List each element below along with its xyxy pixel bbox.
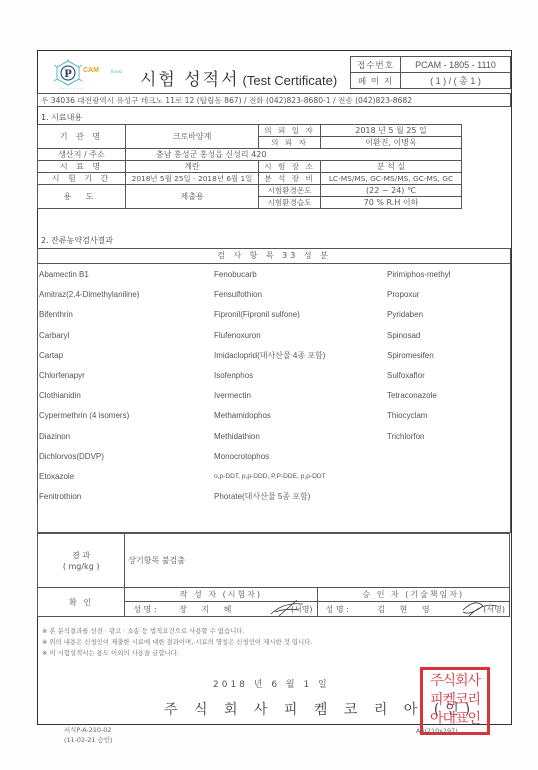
humidity-value: 70 % R.H 이하 — [321, 197, 462, 209]
pesticide-item: Pyridaben — [387, 307, 451, 327]
receipt-number-label: 접수번호 — [351, 57, 401, 73]
pesticide-item: Spinosad — [387, 328, 451, 348]
approver-name: 김 현 영 — [377, 605, 435, 614]
pesticide-item: Fenitrothion — [39, 489, 139, 509]
pesticide-item: Cypermethrin (4 isomers) — [39, 408, 139, 428]
pesticide-item: Phorate(대사산물 5종 포함) — [214, 489, 326, 509]
origin-value: 충남 홍성군 홍성읍 신성리 420 — [126, 149, 462, 161]
page-title: 시험 성적서(Test Certificate) — [140, 65, 337, 90]
requester-value: 이환진, 이병옥 — [321, 137, 462, 149]
note-3: ※ 이 시험성적서는 용도 이외의 사용을 금합니다. — [42, 648, 312, 659]
pesticide-item: Spiromesifen — [387, 348, 451, 368]
pesticide-item: Methamidophos — [214, 408, 326, 428]
pesticide-item: Trichlorfon — [387, 429, 451, 449]
receipt-number-value: PCAM - 1805 - 1110 — [401, 57, 511, 73]
pesticide-item: Monocrotophos — [214, 449, 326, 469]
pesticide-item: Thiocyclam — [387, 408, 451, 428]
sample-info-table: 기 관 명 크로바양계 의 뢰 일 자 2018 년 5 월 25 일 의 뢰 … — [37, 124, 462, 209]
humidity-label: 시험환경습도 — [259, 197, 321, 209]
note-2: ※ 위의 내용은 신청인이 제출한 시료에 대한 결과이며, 시료의 명칭은 신… — [42, 637, 312, 648]
pesticide-results-table: 검 사 항 목 33 성 분 Abamectin B1Amitraz(2,4-D… — [37, 248, 511, 533]
pesticide-item: Abamectin B1 — [39, 267, 139, 287]
pesticide-item: Chlorfenapyr — [39, 368, 139, 388]
certificate-page: P CAM Korea — — — — — — — 시험 성적서(Test Ce… — [37, 50, 512, 725]
address-bar: 우 34036 대전광역시 유성구 테크노 11로 12 (탑립동 867) /… — [37, 93, 511, 107]
pesticide-column-3: Pirimiphos-methylPropoxurPyridabenSpinos… — [387, 267, 451, 449]
test-location-label: 시 험 장 소 — [259, 161, 321, 173]
pesticide-item: Cartap — [39, 348, 139, 368]
pesticide-item: Tetraconazole — [387, 388, 451, 408]
pesticide-column-1: Abamectin B1Amitraz(2,4-Dimethylaniline)… — [39, 267, 139, 509]
approver-signature-cell: 성 명 : 김 현 영 (서명) — [317, 602, 509, 617]
equipment-label: 분 석 장 비 — [259, 173, 321, 185]
certificate-meta: 접수번호 PCAM - 1805 - 1110 페 이 지 ( 1 ) / ( … — [350, 56, 511, 89]
pesticide-item: Ivermectin — [214, 388, 326, 408]
test-location-value: 분 석 실 — [321, 161, 462, 173]
pesticide-item: Imidacloprid(대사산물 4종 포함) — [214, 348, 326, 368]
test-period-value: 2018년 5월 25일 - 2018년 6월 1일 — [126, 173, 259, 185]
institution-label: 기 관 명 — [38, 125, 126, 149]
test-period-label: 시 험 기 간 — [38, 173, 126, 185]
logo-hexagon-icon: P — [54, 59, 82, 87]
author-signature-icon — [269, 598, 305, 618]
notes: ※ 본 분석결과를 선전 · 광고 · 소송 등 법적요건으로 사용할 수 없습… — [42, 626, 312, 659]
author-signature-cell: 성 명 : 장 지 혜 (서명) — [125, 602, 317, 617]
request-date-value: 2018 년 5 월 25 일 — [321, 125, 462, 137]
pesticide-item: Fenobucarb — [214, 267, 326, 287]
svg-text:P: P — [64, 69, 72, 80]
pesticide-item: Pirimiphos-methyl — [387, 267, 451, 287]
purpose-label: 용 도 — [38, 185, 126, 209]
section1-title: 1. 시료내용 — [41, 112, 82, 123]
pesticide-item: Diazinon — [39, 429, 139, 449]
temperature-label: 시험환경온도 — [259, 185, 321, 197]
pesticide-item: Amitraz(2,4-Dimethylaniline) — [39, 287, 139, 307]
pesticide-item: Flufenoxuron — [214, 328, 326, 348]
logo-text: CAM — [83, 67, 99, 74]
form-number: 서식P-A-210-02 (11-02-21 승인) — [64, 725, 112, 745]
pesticide-item: Sulfoxaflor — [387, 368, 451, 388]
request-date-label: 의 뢰 일 자 — [259, 125, 321, 137]
purpose-value: 제출용 — [126, 185, 259, 209]
logo-tagline: — — — — — — — — [58, 87, 83, 90]
note-1: ※ 본 분석결과를 선전 · 광고 · 소송 등 법적요건으로 사용할 수 없습… — [42, 626, 312, 637]
result-value: 상기항목 불검출 — [125, 534, 510, 588]
pesticide-item: o,p-DDT, p,p-DDD, P,P-DDE, p,p-DDT — [214, 469, 326, 489]
author-name: 장 지 혜 — [179, 605, 237, 614]
approver-signature-icon — [459, 598, 499, 620]
pesticide-column-2: FenobucarbFensulfothionFipronil(Fipronil… — [214, 267, 326, 509]
page-value: ( 1 ) / ( 총 1 ) — [401, 73, 511, 89]
institution-value: 크로바양계 — [126, 125, 259, 149]
requester-label: 의 뢰 자 — [259, 137, 321, 149]
pesticide-item: Dichlorvos(DDVP) — [39, 449, 139, 469]
result-label: 결 과( mg/kg ) — [38, 534, 125, 588]
section2-title: 2. 잔류농약검사결과 — [41, 235, 113, 246]
pesticide-item: Methidathion — [214, 429, 326, 449]
sample-name-label: 시 료 명 — [38, 161, 126, 173]
paper-size: A4(210x297) — [416, 727, 458, 735]
page-label: 페 이 지 — [351, 73, 401, 89]
company-logo: P CAM Korea — — — — — — — — [52, 57, 132, 91]
pesticide-item: Etoxazole — [39, 469, 139, 489]
result-table: 결 과( mg/kg ) 상기항목 불검출 확 인 작 성 자 (시험자) 승 … — [37, 533, 510, 617]
sample-name-value: 계란 — [126, 161, 259, 173]
origin-label: 생산지 / 주소 — [38, 149, 126, 161]
test-items-header: 검 사 항 목 33 성 분 — [38, 249, 510, 264]
issue-date: 2018 년 6 월 1 일 — [213, 677, 330, 690]
pesticide-item: Clothianidin — [39, 388, 139, 408]
equipment-value: LC-MS/MS, GC-MS/MS, GC-MS, GC — [321, 173, 462, 185]
logo-subtext: Korea — [111, 69, 122, 74]
temperature-value: (22 ~ 24) ℃ — [321, 185, 462, 197]
pesticide-item: Isofenphos — [214, 368, 326, 388]
company-seal-icon: 주식회사 피켐코리 아대표인 — [420, 667, 490, 735]
pesticide-item: Fensulfothion — [214, 287, 326, 307]
pesticide-item: Propoxur — [387, 287, 451, 307]
pesticide-item: Carbaryl — [39, 328, 139, 348]
confirm-label: 확 인 — [38, 588, 125, 617]
pesticide-item: Fipronil(Fipronil sulfone) — [214, 307, 326, 327]
pesticide-item: Bifenthrin — [39, 307, 139, 327]
